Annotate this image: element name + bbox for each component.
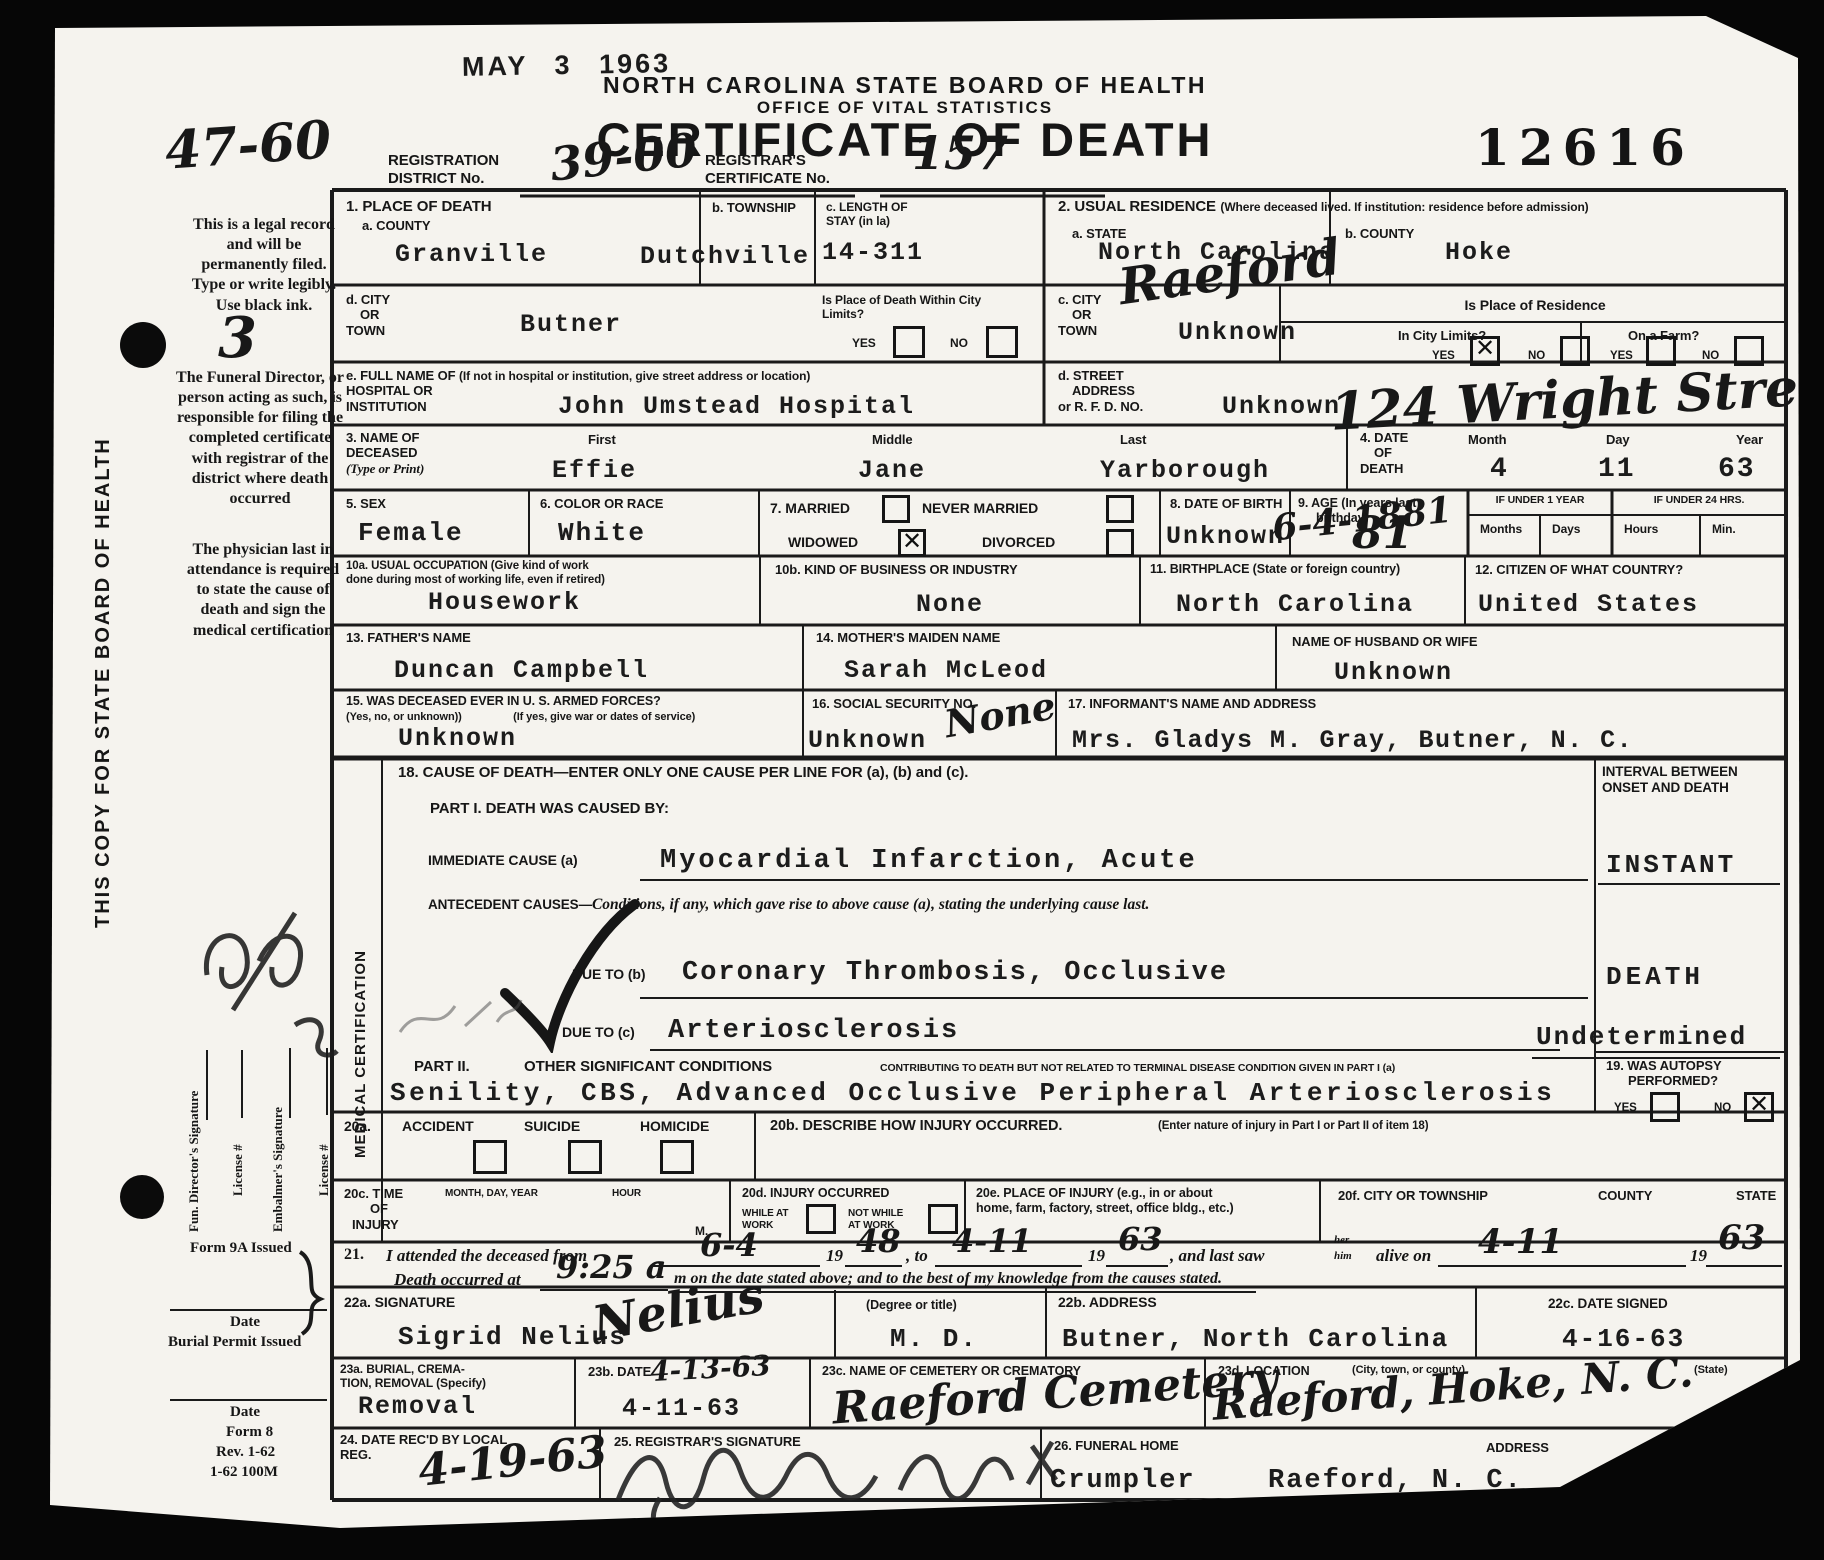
to-label: , to: [906, 1246, 928, 1266]
res-city-no-label: NO: [1528, 350, 1545, 364]
year-label: Year: [1736, 432, 1763, 447]
registration-district-label: REGISTRATIONDISTRICT No.: [388, 152, 499, 187]
informant-label: 17. INFORMANT'S NAME AND ADDRESS: [1068, 696, 1316, 711]
last-name-value: Yarborough: [1100, 456, 1270, 485]
punch-hole-bottom: [120, 1175, 164, 1219]
last-year-handwritten: 63: [1718, 1218, 1765, 1258]
injury-20a-label: 20a.: [344, 1118, 371, 1135]
to-year-prefix: 19: [1088, 1246, 1105, 1266]
middle-name-label: Middle: [872, 432, 913, 447]
injury-20c-label: 20c. TIMEOFINJURY: [344, 1186, 403, 1232]
autopsy-yes-label: YES: [1614, 1102, 1637, 1116]
citizen-label: 12. CITIZEN OF WHAT COUNTRY?: [1475, 562, 1683, 577]
injury-20e-label: 20e. PLACE OF INJURY (e.g., in or abouth…: [976, 1186, 1234, 1216]
checkbox-married: [882, 495, 910, 523]
autopsy-label: 19. WAS AUTOPSYPERFORMED?: [1606, 1058, 1722, 1089]
to-year-handwritten: 63: [1118, 1220, 1163, 1258]
place-of-death-county-label: a. COUNTY: [362, 218, 430, 233]
autopsy-label-1: 19. WAS AUTOPSY: [1606, 1058, 1722, 1073]
funeral-home-label: 26. FUNERAL HOME: [1054, 1438, 1179, 1453]
residence-county-value: Hoke: [1445, 238, 1513, 267]
margin-copy-note-vertical: THIS COPY FOR STATE BOARD OF HEALTH: [92, 437, 115, 928]
him-label: him: [1334, 1250, 1352, 1262]
from-year-handwritten: 48: [856, 1222, 901, 1260]
death-day-value: 11: [1598, 454, 1636, 485]
disposition-date-label: 23b. DATE: [588, 1364, 651, 1379]
days-label: Days: [1552, 522, 1580, 536]
registrar-certificate-label-1: REGISTRAR'S: [705, 152, 806, 169]
injury-20b-label: 20b. DESCRIBE HOW INJURY OCCURRED.: [770, 1118, 1062, 1135]
race-value: White: [558, 518, 646, 548]
checkbox-accident: [473, 1140, 507, 1174]
part2-note: CONTRIBUTING TO DEATH BUT NOT RELATED TO…: [880, 1062, 1395, 1074]
township-value: Dutchville: [640, 242, 810, 271]
first-name-label: First: [588, 432, 616, 447]
pod-no-label: NO: [950, 336, 968, 350]
margin-legal-note: This is a legal record and will be perma…: [188, 215, 340, 316]
burial-label-1: 23a. BURIAL, CREMA-: [340, 1362, 465, 1376]
injury-20c-l1: 20c. TIME: [344, 1186, 403, 1201]
armed-label-2: (Yes, no, or unknown)): [346, 711, 462, 723]
injury-20f-state: STATE: [1736, 1188, 1776, 1203]
part2-title: OTHER SIGNIFICANT CONDITIONS: [524, 1058, 772, 1076]
pod-city-label-3: TOWN: [346, 323, 385, 338]
under-1-year-label: IF UNDER 1 YEAR: [1468, 494, 1612, 506]
dob-label: 8. DATE OF BIRTH: [1170, 496, 1282, 511]
margin-date-label-2: Date: [230, 1404, 260, 1421]
mother-value: Sarah McLeod: [844, 656, 1048, 685]
last-year-prefix: 19: [1690, 1246, 1707, 1266]
residence-county-label: b. COUNTY: [1345, 226, 1414, 241]
usual-residence-title: 2. USUAL RESIDENCE (Where deceased lived…: [1058, 198, 1589, 216]
autopsy-no-label: NO: [1714, 1102, 1731, 1116]
from-year-prefix: 19: [826, 1246, 843, 1266]
injury-20b-note: (Enter nature of injury in Part I or Par…: [1158, 1120, 1428, 1134]
suicide-label: SUICIDE: [524, 1118, 580, 1135]
checkbox-homicide: [660, 1140, 694, 1174]
length-of-stay-value: 14-311: [822, 238, 924, 267]
last-alive-handwritten: 4-11: [1478, 1222, 1563, 1262]
birthplace-label: 11. BIRTHPLACE (State or foreign country…: [1150, 562, 1400, 577]
residence-city-label: c. CITYORTOWN: [1058, 292, 1101, 338]
registration-district-label-2: DISTRICT No.: [388, 170, 484, 187]
death-time-handwritten: 9:25 a: [556, 1248, 666, 1286]
pod-city-label: d. CITYORTOWN: [346, 292, 390, 338]
name-label-3: (Type or Print): [346, 461, 424, 476]
last-saw-text: , and last saw: [1170, 1246, 1264, 1266]
registrar-certificate-label: REGISTRAR'SCERTIFICATE No.: [705, 152, 830, 187]
certifier-address-label: 22b. ADDRESS: [1058, 1294, 1157, 1311]
street-address-typed: Unknown: [1222, 392, 1341, 421]
pod-city-label-1: d. CITY: [346, 292, 390, 307]
name-label-1: 3. NAME OF: [346, 430, 419, 445]
spouse-label: NAME OF HUSBAND OR WIFE: [1292, 634, 1477, 649]
pod-city-value: Butner: [520, 310, 622, 339]
file-number-handwritten: 47-60: [163, 109, 333, 181]
informant-value: Mrs. Gladys M. Gray, Butner, N. C.: [1072, 726, 1633, 755]
pod-limits-question: Is Place of Death Within CityLimits?: [822, 293, 981, 321]
armed-label-1: 15. WAS DECEASED EVER IN U. S. ARMED FOR…: [346, 694, 661, 708]
homicide-label: HOMICIDE: [640, 1118, 709, 1135]
middle-name-value: Jane: [858, 456, 926, 485]
injury-20c-l2: OF: [344, 1201, 388, 1216]
scanned-death-certificate: MAY 3 1963 NORTH CAROLINA STATE BOARD OF…: [0, 0, 1824, 1560]
armed-forces-label: 15. WAS DECEASED EVER IN U. S. ARMED FOR…: [346, 694, 695, 724]
disposition-date-typed: 4-11-63: [622, 1394, 741, 1423]
to-handwritten: 4-11: [952, 1222, 1032, 1260]
farm-yes-label: YES: [1610, 350, 1633, 364]
checkbox-pod-city-limits-no: [986, 326, 1018, 358]
checkbox-suicide: [568, 1140, 602, 1174]
township-label: b. TOWNSHIP: [712, 200, 796, 215]
funeral-home-value: Crumpler: [1050, 1466, 1196, 1496]
accident-label: ACCIDENT: [402, 1118, 474, 1135]
degree-value: M. D.: [890, 1324, 978, 1354]
street-label-1: d. STREET: [1058, 368, 1124, 383]
dob-typed: Unknown: [1166, 522, 1285, 551]
institution-note: (If not in hospital or institution, give…: [459, 369, 810, 383]
armed-label-3: (If yes, give war or dates of service): [465, 711, 695, 723]
margin-funeral-director-note: The Funeral Director, or person acting a…: [176, 368, 344, 509]
residence-city-typed: Unknown: [1178, 318, 1297, 347]
signature-label: 22a. SIGNATURE: [344, 1294, 455, 1311]
residence-question: Is Place of Residence: [1290, 297, 1780, 314]
signature-typed: Sigrid Nelius: [398, 1322, 627, 1352]
business-label: 10b. KIND OF BUSINESS OR INDUSTRY: [775, 562, 1018, 577]
interval-a-value: INSTANT: [1606, 850, 1736, 880]
attendance-number: 21.: [344, 1246, 364, 1264]
her-label: her: [1334, 1234, 1349, 1246]
checkbox-autopsy-no-checked: [1744, 1092, 1774, 1122]
street-label-2: ADDRESS: [1058, 383, 1135, 398]
institution-label-2: HOSPITAL OR: [346, 383, 433, 398]
length-of-stay-label: c. LENGTH OFSTAY (in la): [826, 200, 907, 228]
due-to-c-value: Arteriosclerosis: [668, 1016, 959, 1046]
board-title: NORTH CAROLINA STATE BOARD OF HEALTH: [555, 72, 1255, 99]
received-label-2: REG.: [340, 1447, 371, 1462]
dod-label-3: DEATH: [1360, 461, 1403, 476]
margin-date-label-1: Date: [230, 1314, 260, 1331]
month-label: Month: [1468, 432, 1506, 447]
margin-license-1-label: License #: [230, 1144, 246, 1196]
injury-20d-label: 20d. INJURY OCCURRED: [742, 1186, 889, 1201]
registrar-certificate-value: 157: [912, 126, 1008, 180]
burial-label-2: TION, REMOVAL (Specify): [340, 1376, 486, 1390]
res-city-yes-label: YES: [1432, 350, 1455, 364]
funeral-home-address-label: ADDRESS: [1486, 1440, 1549, 1455]
armed-forces-value: Unknown: [398, 724, 517, 753]
dod-label-1: 4. DATE: [1360, 430, 1408, 445]
checkbox-autopsy-yes: [1650, 1092, 1680, 1122]
street-address-label: d. STREETADDRESSor R. F. D. NO.: [1058, 368, 1143, 414]
interval-c-value: Undetermined: [1536, 1022, 1747, 1052]
pod-yes-label: YES: [852, 336, 876, 350]
margin-handwritten-3: 3: [218, 305, 257, 371]
checkbox-farm-yes: [1646, 336, 1676, 366]
checkbox-residence-city-limits-yes-checked: [1470, 336, 1500, 366]
spouse-value: Unknown: [1334, 658, 1453, 687]
res-city-label-3: TOWN: [1058, 323, 1097, 338]
antecedent-note: Conditions, if any, which gave rise to a…: [592, 896, 1149, 913]
citizen-value: United States: [1478, 590, 1699, 619]
father-value: Duncan Campbell: [394, 656, 649, 685]
death-month-value: 4: [1490, 454, 1509, 485]
burial-value: Removal: [358, 1392, 477, 1421]
while-l1: WHILE AT: [742, 1208, 788, 1219]
certifier-address-value: Butner, North Carolina: [1062, 1324, 1449, 1354]
day-label: Day: [1606, 432, 1630, 447]
under-24-hrs-label: IF UNDER 24 HRS.: [1612, 494, 1786, 506]
due-to-c-label: DUE TO (c): [562, 1024, 635, 1041]
sex-value: Female: [358, 518, 464, 548]
due-to-b-value: Coronary Thrombosis, Occlusive: [682, 958, 1228, 988]
degree-label: (Degree or title): [866, 1298, 957, 1313]
serial-number: 12616: [1475, 118, 1694, 177]
dod-label-2: OF: [1360, 445, 1392, 460]
injury-20c-note-1: MONTH, DAY, YEAR: [445, 1188, 538, 1200]
checkbox-divorced: [1106, 529, 1134, 557]
date-of-death-label: 4. DATEOFDEATH: [1360, 430, 1408, 476]
stay-label-1: c. LENGTH OF: [826, 200, 907, 214]
occupation-label-2: done during most of working life, even i…: [346, 574, 605, 586]
injury-20e-l1: 20e. PLACE OF INJURY (e.g., in or about: [976, 1186, 1212, 1200]
res-city-label-2: OR: [1058, 307, 1091, 322]
registrar-signature-scrawl: [600, 1420, 1080, 1555]
part2-value: Senility, CBS, Advanced Occlusive Periph…: [390, 1078, 1555, 1108]
margin-license-2-label: License #: [316, 1144, 332, 1196]
hours-label: Hours: [1624, 522, 1658, 536]
location-note-2: (State): [1694, 1364, 1728, 1377]
institution-label-1: e. FULL NAME OF: [346, 368, 455, 383]
name-of-deceased-label: 3. NAME OFDECEASED(Type or Print): [346, 430, 424, 476]
interval-header: INTERVAL BETWEENONSET AND DEATH: [1602, 764, 1738, 796]
married-label: 7. MARRIED: [770, 500, 850, 517]
autopsy-label-2: PERFORMED?: [1606, 1073, 1718, 1088]
checkbox-pod-city-limits-yes: [893, 326, 925, 358]
not-while-l1: NOT WHILE: [848, 1208, 903, 1219]
injury-20f-label: 20f. CITY OR TOWNSHIP: [1338, 1188, 1488, 1203]
injury-20c-l3: INJURY: [344, 1217, 399, 1232]
res-city-label-1: c. CITY: [1058, 292, 1101, 307]
margin-burial-permit-label: Burial Permit Issued: [168, 1334, 301, 1351]
checkbox-while-at-work: [806, 1204, 836, 1234]
usual-residence-note: (Where deceased lived. If institution: r…: [1220, 200, 1588, 214]
occupation-label: 10a. USUAL OCCUPATION (Give kind of work…: [346, 560, 605, 587]
interval-label-1: INTERVAL BETWEEN: [1602, 764, 1738, 779]
stay-label-2: STAY (in la): [826, 214, 890, 228]
widowed-label: WIDOWED: [788, 534, 858, 551]
occupation-value: Housework: [428, 588, 581, 617]
registrar-certificate-label-2: CERTIFICATE No.: [705, 170, 830, 187]
funeral-home-address-value: Raeford, N. C.: [1268, 1466, 1523, 1496]
divorced-label: DIVORCED: [982, 534, 1055, 551]
business-value: None: [916, 590, 984, 619]
months-label: Months: [1480, 522, 1522, 536]
interval-label-2: ONSET AND DEATH: [1602, 780, 1729, 795]
registration-district-label-1: REGISTRATION: [388, 152, 499, 169]
institution-label-3: INSTITUTION: [346, 399, 427, 414]
age-handwritten: 81: [1352, 508, 1413, 559]
margin-form-8-line-3: 1-62 100M: [210, 1464, 278, 1481]
institution-value: John Umstead Hospital: [558, 392, 915, 421]
immediate-cause-label: IMMEDIATE CAUSE (a): [428, 852, 578, 869]
margin-form-8-line-2: Rev. 1-62: [216, 1444, 275, 1461]
injury-20e-l2: home, farm, factory, street, office bldg…: [976, 1201, 1234, 1215]
usual-residence-title-text: 2. USUAL RESIDENCE: [1058, 198, 1216, 215]
alive-on-text: alive on: [1376, 1246, 1431, 1266]
checkbox-widowed-checked: [898, 529, 926, 557]
injury-20c-note-2: HOUR: [612, 1188, 641, 1200]
race-label: 6. COLOR OR RACE: [540, 496, 663, 511]
burial-label: 23a. BURIAL, CREMA-TION, REMOVAL (Specif…: [340, 1362, 486, 1390]
due-to-b-label: DUE TO (b): [572, 966, 645, 983]
part2-label: PART II.: [414, 1058, 470, 1076]
attended-from-handwritten: 6-4: [700, 1226, 758, 1264]
margin-form-8-line-1: Form 8: [226, 1424, 273, 1441]
street-label-3: or R. F. D. NO.: [1058, 399, 1143, 414]
margin-embalmer-signature-label: Embalmer's Signature: [270, 1107, 286, 1232]
birthplace-value: North Carolina: [1176, 590, 1414, 619]
never-married-label: NEVER MARRIED: [922, 500, 1038, 517]
margin-ink-scribble: [195, 905, 345, 1070]
checkbox-residence-city-limits-no: [1560, 336, 1590, 366]
immediate-cause-value: Myocardial Infarction, Acute: [660, 846, 1198, 876]
pencil-scribble: [395, 990, 525, 1050]
margin-fun-director-signature-label: Fun. Director's Signature: [186, 1091, 202, 1232]
mother-label: 14. MOTHER'S MAIDEN NAME: [816, 630, 1000, 645]
pod-city-label-2: OR: [346, 307, 379, 322]
father-label: 13. FATHER'S NAME: [346, 630, 471, 645]
punch-hole-top: [120, 322, 166, 368]
min-label: Min.: [1712, 522, 1736, 536]
injury-20f-county: COUNTY: [1598, 1188, 1652, 1203]
margin-physician-note: The physician last in attendance is requ…: [183, 540, 343, 641]
pod-limits-q2: Limits?: [822, 307, 864, 321]
death-year-value: 63: [1718, 454, 1756, 485]
part1-label: PART I. DEATH WAS CAUSED BY:: [430, 800, 669, 818]
place-of-death-county-value: Granville: [395, 240, 548, 269]
disposition-date-handwritten: 4-13-63: [649, 1349, 771, 1388]
pod-limits-q1: Is Place of Death Within City: [822, 293, 981, 307]
place-of-death-title: 1. PLACE OF DEATH: [346, 198, 492, 216]
occupation-label-1: 10a. USUAL OCCUPATION (Give kind of work: [346, 560, 589, 572]
last-name-label: Last: [1120, 432, 1146, 447]
margin-form-9a-label: Form 9A Issued: [190, 1240, 292, 1257]
sex-label: 5. SEX: [346, 496, 386, 511]
ssn-typed: Unknown: [808, 726, 927, 755]
cause-of-death-header: 18. CAUSE OF DEATH—ENTER ONLY ONE CAUSE …: [398, 764, 968, 782]
date-signed-label: 22c. DATE SIGNED: [1548, 1296, 1668, 1312]
death-occurred-text: Death occurred at: [394, 1270, 521, 1290]
first-name-value: Effie: [552, 456, 637, 485]
interval-b-value: DEATH: [1606, 962, 1704, 992]
certificate-paper: MAY 3 1963 NORTH CAROLINA STATE BOARD OF…: [0, 0, 1824, 1560]
checkbox-never-married: [1106, 495, 1134, 523]
name-label-2: DECEASED: [346, 445, 417, 460]
